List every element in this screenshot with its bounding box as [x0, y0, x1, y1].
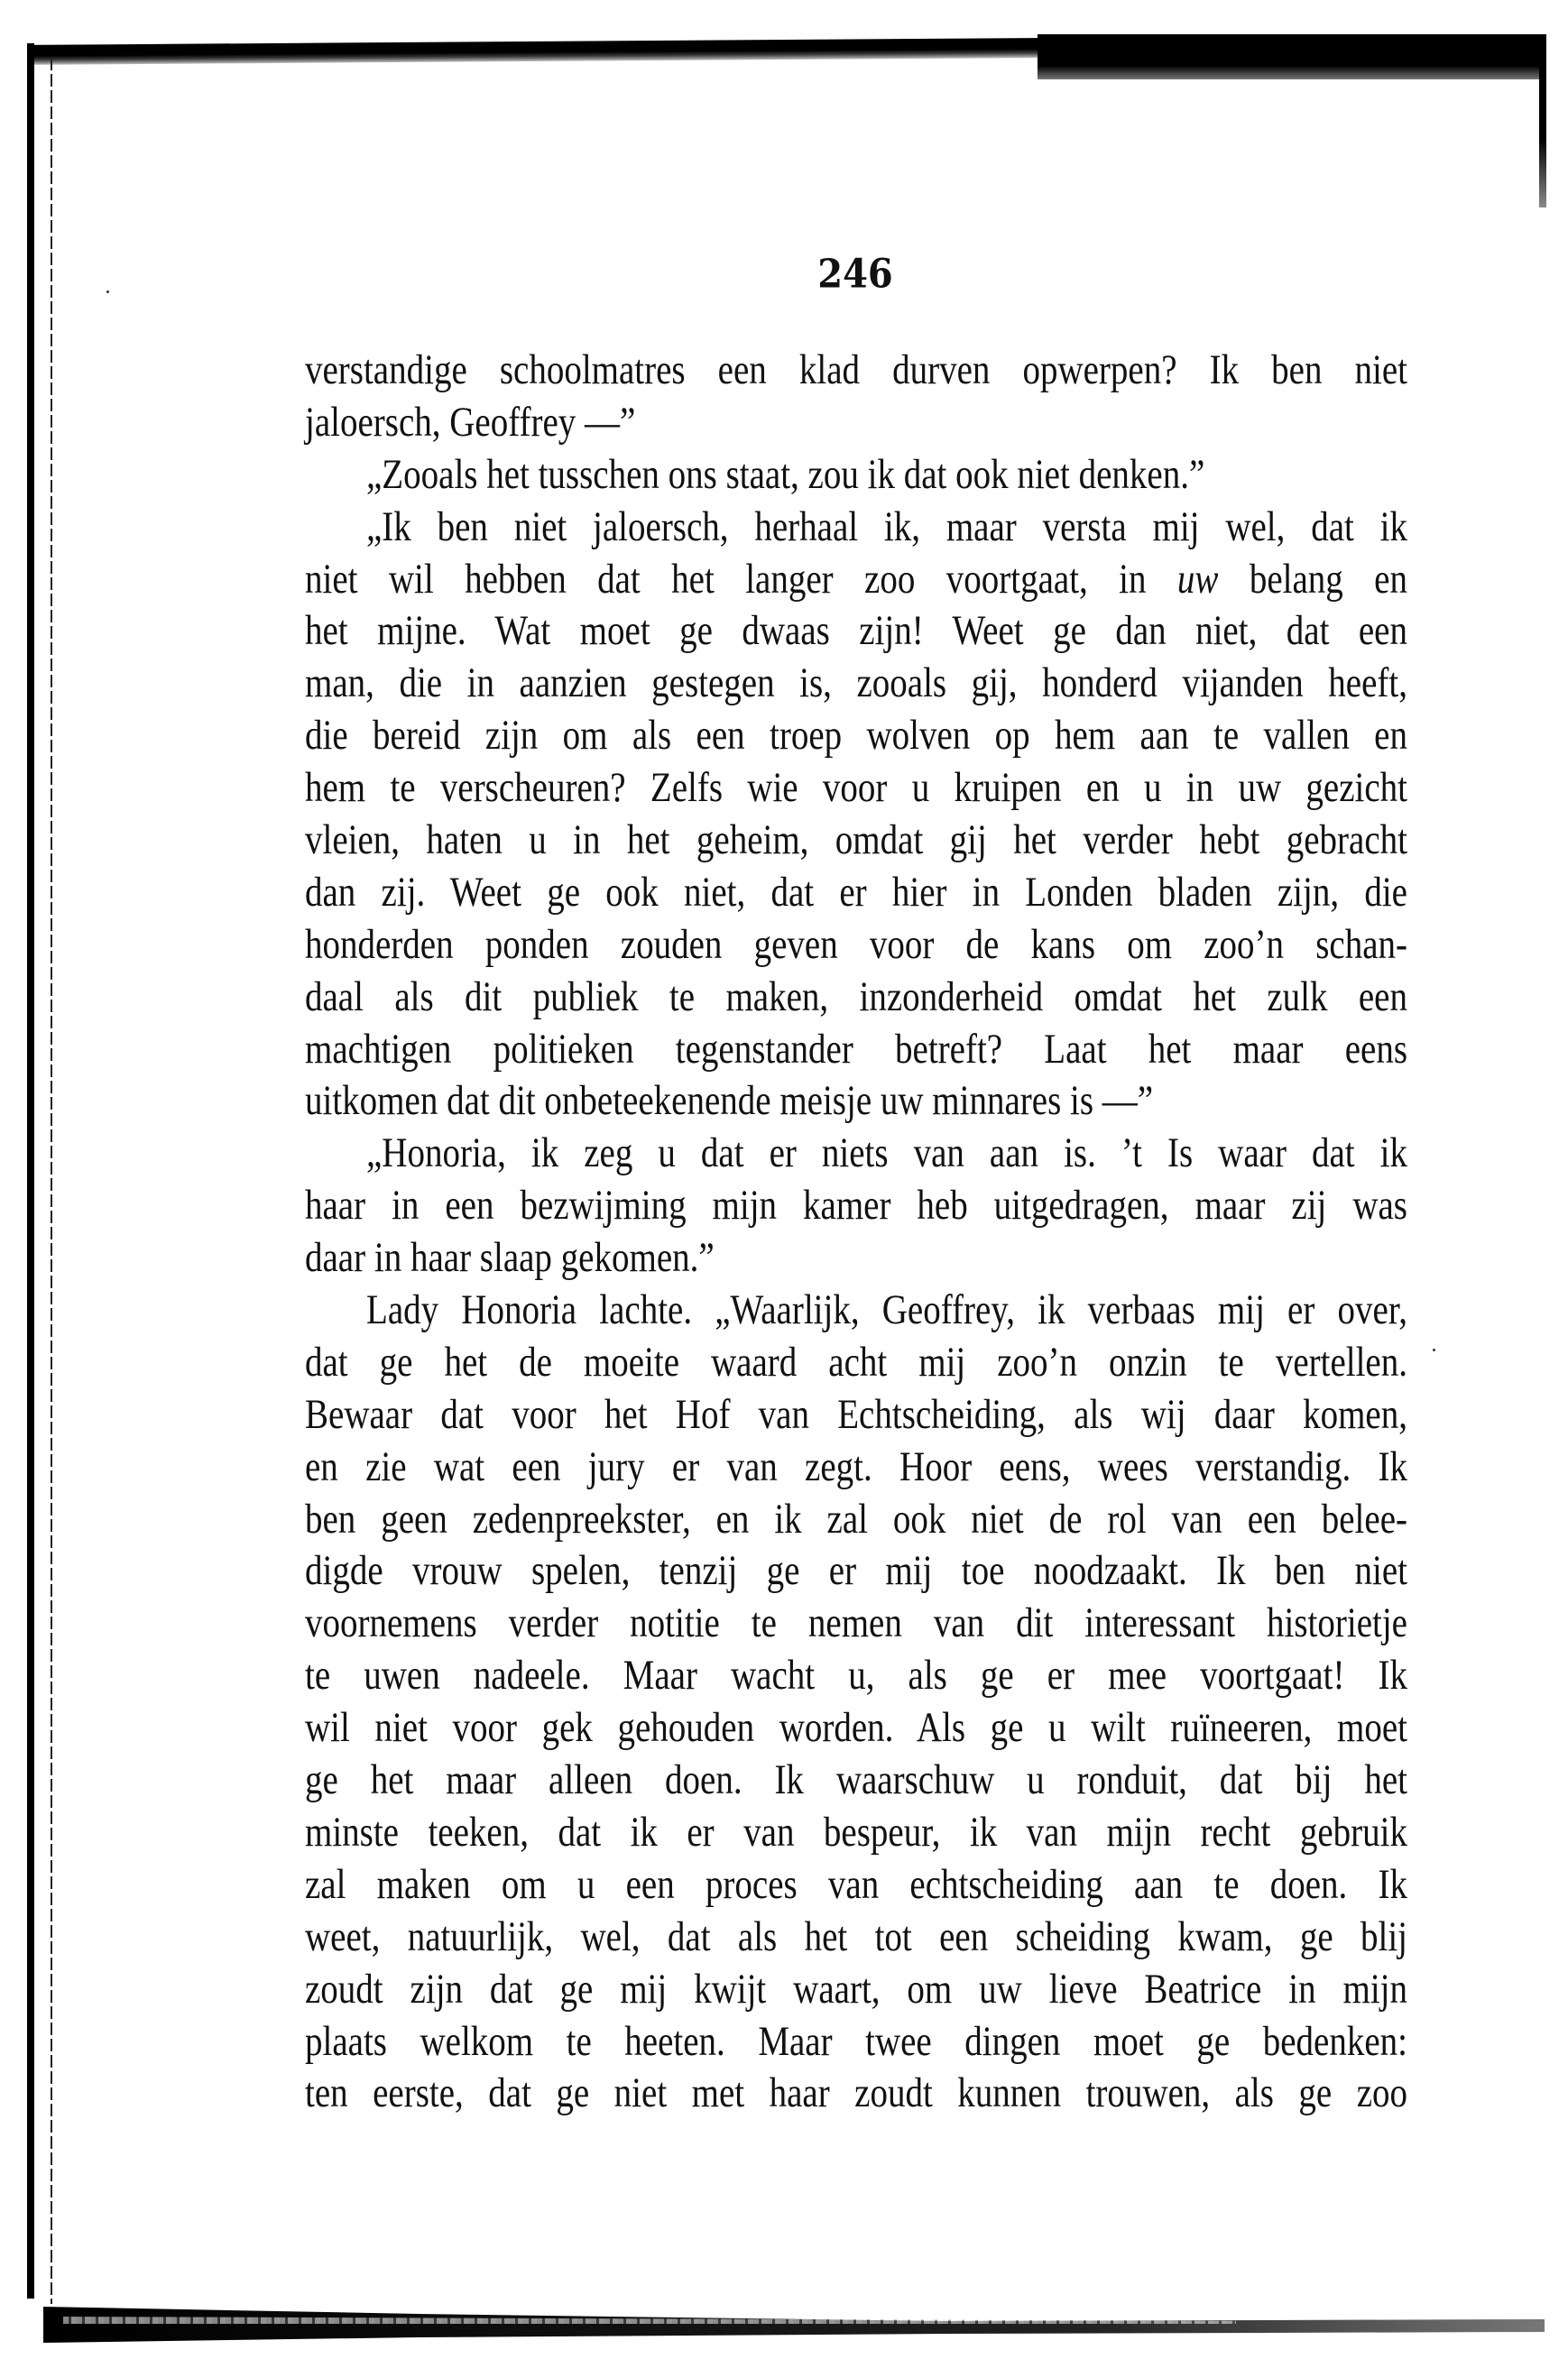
- text-line: „Honoria, ik zeg u dat er niets van aan …: [305, 1128, 1407, 1180]
- text-line: jaloersch, Geoffrey —”: [305, 397, 1407, 449]
- scan-border-left: [27, 43, 34, 2299]
- text-line: weet, natuurlijk, wel, dat als het tot e…: [305, 1912, 1407, 1964]
- text-line: digde vrouw spelen, tenzij ge er mij toe…: [305, 1545, 1407, 1598]
- text-line: honderden ponden zouden geven voor de ka…: [305, 919, 1407, 972]
- text-segment: niet wil hebben dat het langer zoo voort…: [305, 557, 1177, 603]
- text-line: Lady Honoria lachte. „Waarlijk, Geoffrey…: [305, 1285, 1407, 1337]
- emphasis-text: uw: [1177, 557, 1219, 603]
- scan-border-left-inner: [51, 58, 52, 2304]
- text-line: minste teeken, dat ik er van bespeur, ik…: [305, 1807, 1407, 1859]
- text-line: vleien, haten u in het geheim, omdat gij…: [305, 815, 1407, 867]
- text-line: dan zij. Weet ge ook niet, dat er hier i…: [305, 867, 1407, 919]
- text-line: daar in haar slaap gekomen.”: [305, 1232, 1407, 1285]
- scan-speck: [106, 290, 109, 293]
- text-line: die bereid zijn om als een troep wolven …: [305, 710, 1407, 762]
- scan-border-top-shadow: [1038, 34, 1546, 79]
- text-segment: belang en: [1218, 557, 1407, 603]
- text-line: voornemens verder notitie te nemen van d…: [305, 1598, 1407, 1650]
- text-line: te uwen nadeele. Maar wacht u, als ge er…: [305, 1650, 1407, 1702]
- text-line: „Zooals het tusschen ons staat, zou ik d…: [305, 449, 1407, 502]
- scan-border-bottom: [43, 2307, 1545, 2343]
- text-line: verstandige schoolmatres een klad durven…: [305, 345, 1407, 397]
- text-line: ten eerste, dat ge niet met haar zoudt k…: [305, 2068, 1407, 2120]
- text-line: ben geen zedenpreekster, en ik zal ook n…: [305, 1494, 1407, 1546]
- text-line: machtigen politieken tegenstander betref…: [305, 1024, 1407, 1076]
- text-line: uitkomen dat dit onbeteekenende meisje u…: [305, 1075, 1407, 1128]
- text-line: zoudt zijn dat ge mij kwijt waart, om uw…: [305, 1964, 1407, 2016]
- text-line: haar in een bezwijming mijn kamer heb ui…: [305, 1180, 1407, 1232]
- text-line: plaats welkom te heeten. Maar twee dinge…: [305, 2016, 1407, 2069]
- text-line: daal als dit publiek te maken, inzonderh…: [305, 972, 1407, 1024]
- text-line: man, die in aanzien gestegen is, zooals …: [305, 658, 1407, 710]
- text-line: dat ge het de moeite waard acht mij zoo’…: [305, 1337, 1407, 1389]
- text-line: „Ik ben niet jaloersch, herhaal ik, maar…: [305, 502, 1407, 554]
- scan-speck: [1433, 1349, 1435, 1351]
- body-text: verstandige schoolmatres een klad durven…: [305, 345, 1407, 2120]
- text-line: ge het maar alleen doen. Ik waarschuw u …: [305, 1755, 1407, 1807]
- text-line: hem te verscheuren? Zelfs wie voor u kru…: [305, 762, 1407, 815]
- text-line-content: ten eerste, dat ge niet met haar zoudt k…: [305, 2063, 1407, 2124]
- text-line: zal maken om u een proces van echtscheid…: [305, 1859, 1407, 1912]
- text-line: en zie wat een jury er van zegt. Hoor ee…: [305, 1442, 1407, 1494]
- text-line: wil niet voor gek gehouden worden. Als g…: [305, 1702, 1407, 1755]
- text-line: Bewaar dat voor het Hof van Echtscheidin…: [305, 1389, 1407, 1442]
- text-line: niet wil hebben dat het langer zoo voort…: [305, 554, 1407, 606]
- text-line: het mijne. Wat moet ge dwaas zijn! Weet …: [305, 605, 1407, 658]
- scan-border-right: [1539, 36, 1546, 207]
- page-number: 246: [0, 251, 1568, 298]
